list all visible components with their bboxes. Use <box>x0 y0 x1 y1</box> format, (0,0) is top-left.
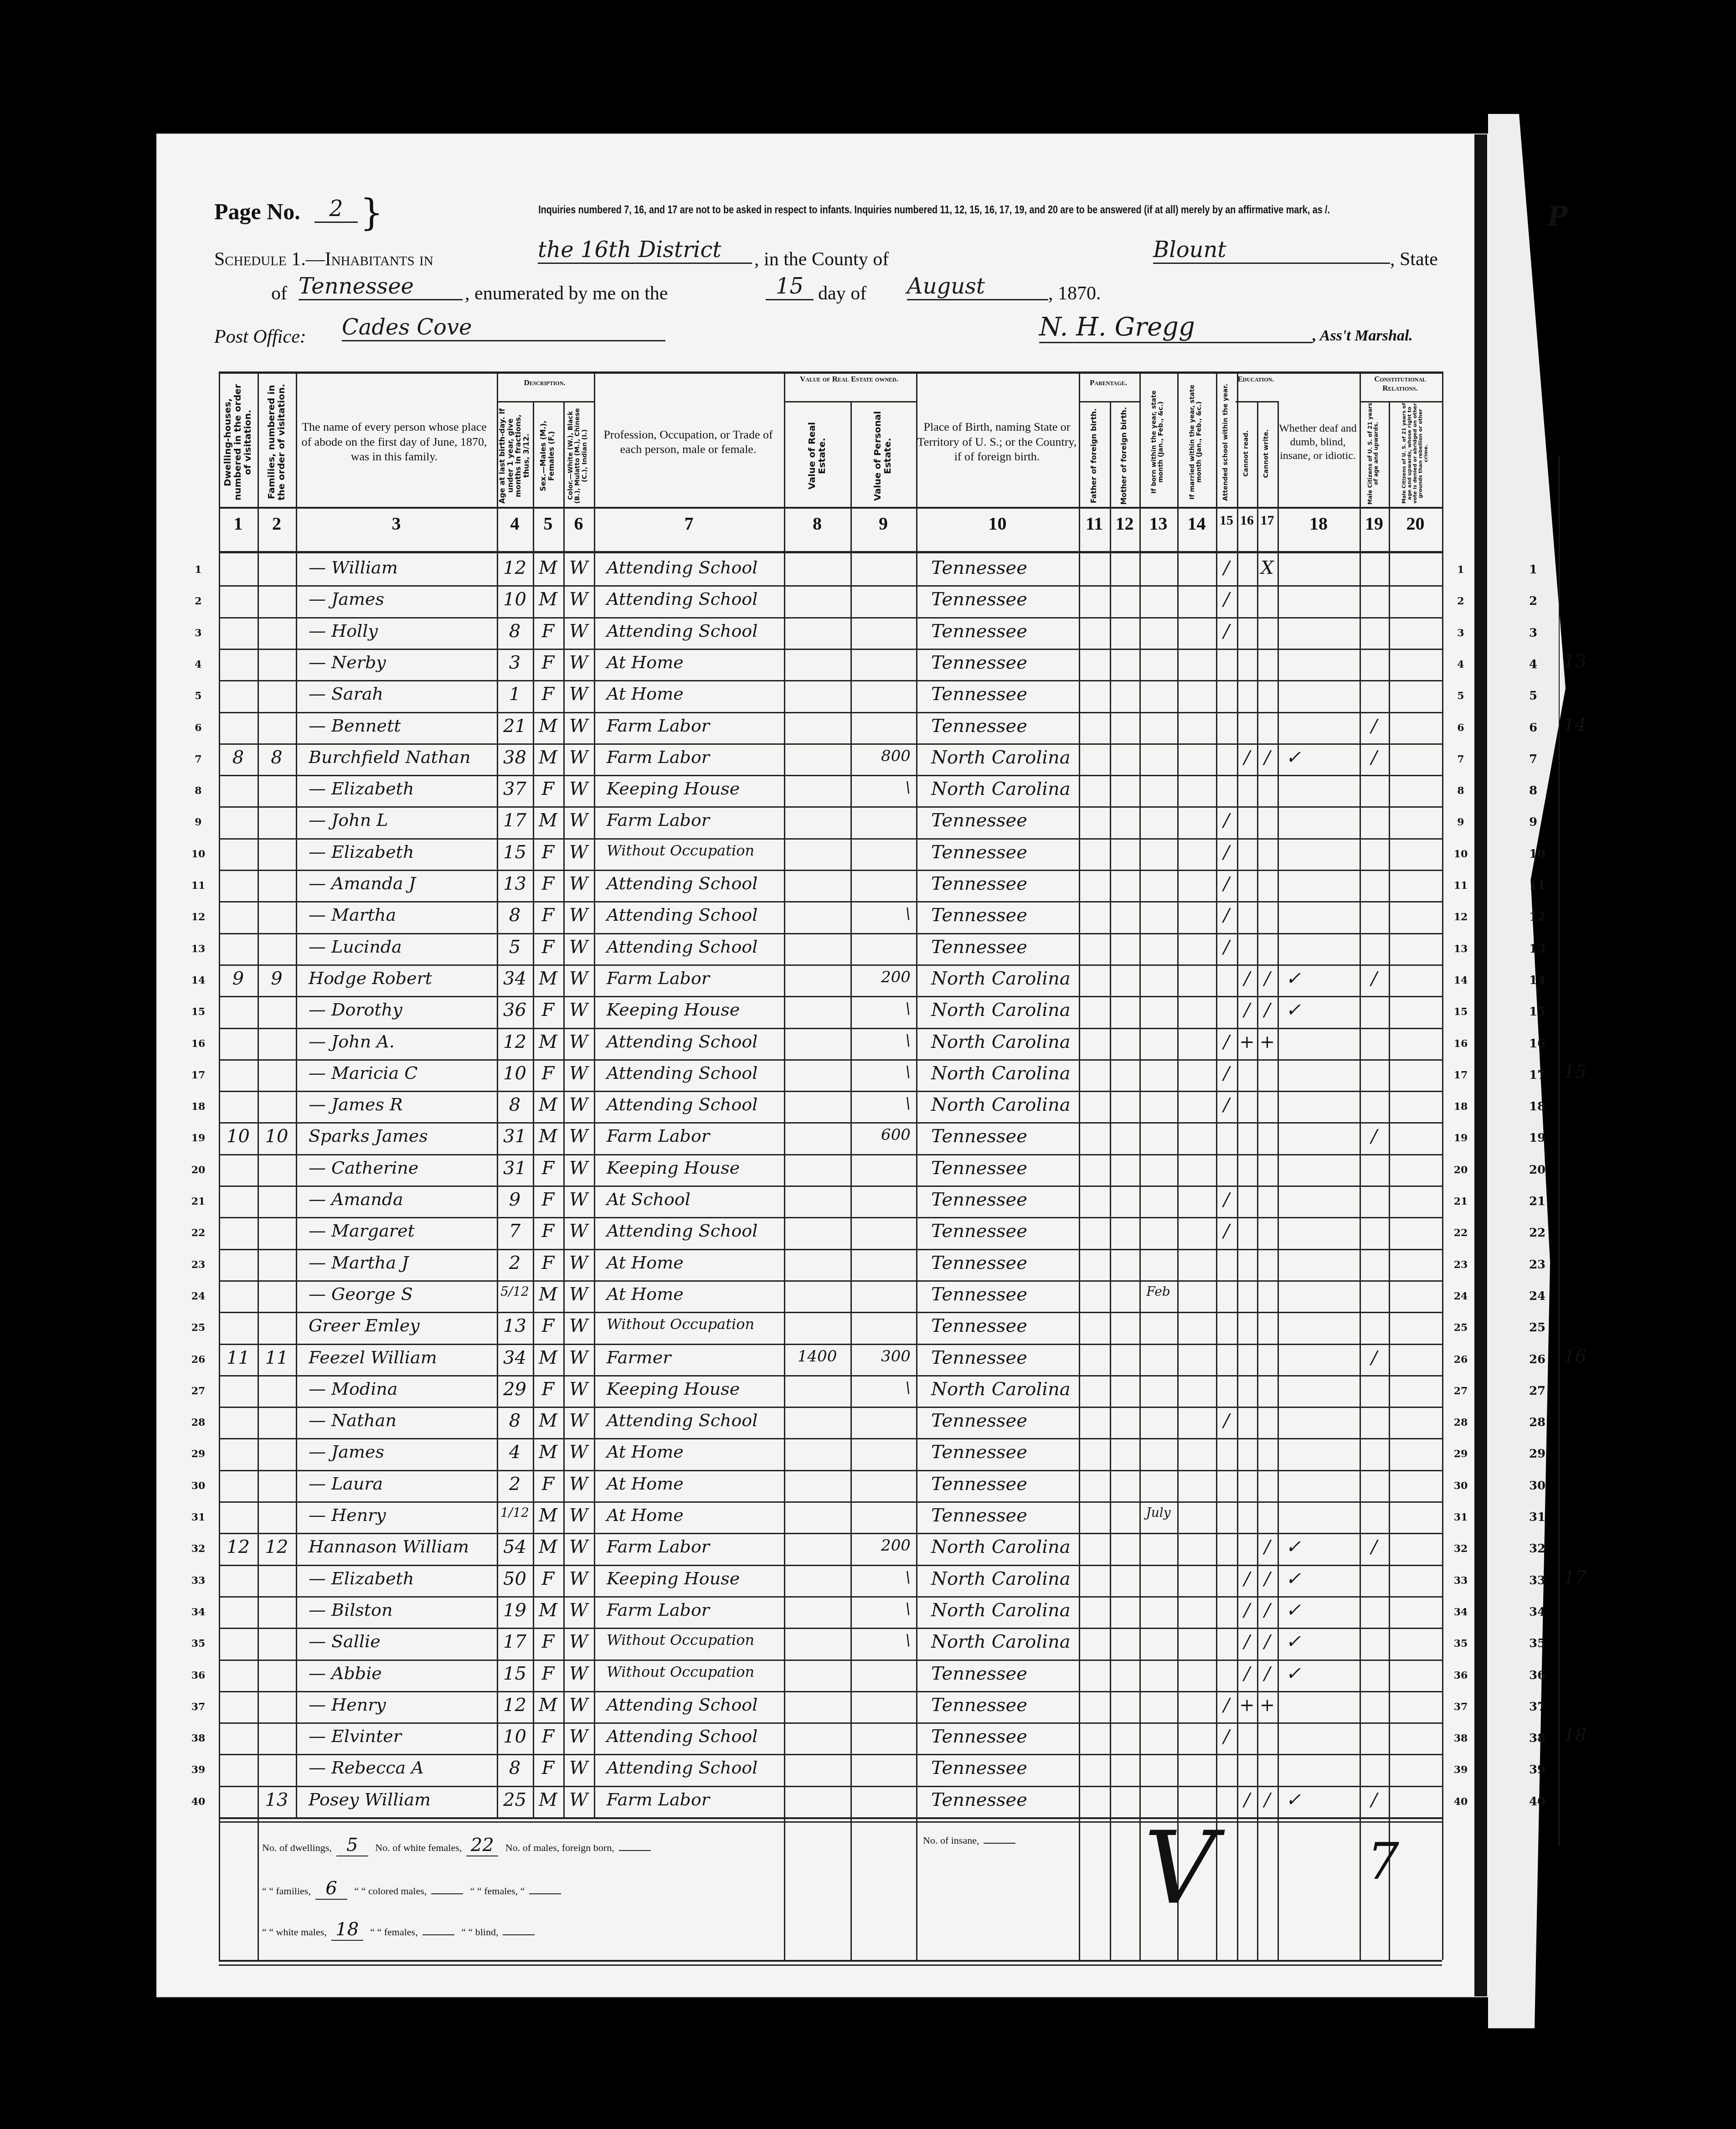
table-row: 11— William12MWAttending SchoolTennessee… <box>0 554 1736 585</box>
sex: F <box>533 905 563 926</box>
person-name: — Henry <box>300 1695 497 1715</box>
table-row: 99— John L17MWFarm LaborTennessee/ <box>0 806 1736 838</box>
col15-header: Attended school within the year. <box>1222 384 1229 501</box>
line-number-left: 36 <box>189 1670 207 1681</box>
occupation: Keeping House <box>598 1568 784 1588</box>
person-name: — James <box>300 589 497 609</box>
birthplace: Tennessee <box>923 1789 1079 1810</box>
birthplace: Tennessee <box>923 1505 1079 1526</box>
person-name: — Amanda <box>300 1189 497 1209</box>
occupation: Attending School <box>598 1695 784 1715</box>
cannot-write-mark: / <box>1257 1789 1278 1810</box>
age: 8 <box>497 1758 533 1778</box>
line-number-right: 11 <box>1452 880 1470 892</box>
occupation: At Home <box>598 652 784 672</box>
attended-school-mark: / <box>1216 842 1237 863</box>
age: 54 <box>497 1536 533 1557</box>
column18-mark: ✓ <box>1278 1568 1360 1589</box>
born-within-year-month: July <box>1139 1505 1177 1520</box>
summary-line-3: “ “ white males,18 “ “ females, “ “ blin… <box>262 1919 539 1941</box>
table-row: 33— Holly8FWAttending SchoolTennessee/ <box>0 617 1736 649</box>
age: 50 <box>497 1568 533 1589</box>
age: 8 <box>497 905 533 926</box>
age: 12 <box>497 1031 533 1052</box>
line-number-left: 33 <box>189 1575 207 1587</box>
dwelling-number: 8 <box>219 747 258 768</box>
column-number: 2 <box>258 513 296 534</box>
family-number: 11 <box>258 1347 296 1368</box>
line-number-left: 16 <box>189 1038 207 1050</box>
col20-header: Male Citizens of U. S. of 21 years of ag… <box>1401 401 1429 506</box>
line-number-left: 31 <box>189 1511 207 1523</box>
line-number-left: 23 <box>189 1259 207 1271</box>
table-row: 1717— Maricia C10FWAttending School\Nort… <box>0 1059 1736 1091</box>
white-males-label: “ “ white males, <box>262 1926 327 1938</box>
age: 8 <box>497 1410 533 1431</box>
birthplace: Tennessee <box>923 1221 1079 1242</box>
age: 2 <box>497 1253 533 1273</box>
summary-line-1: No. of dwellings,5 No. of white females,… <box>262 1835 655 1856</box>
group-rule <box>1079 401 1139 402</box>
person-name: Hannason William <box>300 1536 497 1557</box>
occupation: Farm Labor <box>598 716 784 736</box>
sex: M <box>533 747 563 768</box>
person-name: — Margaret <box>300 1221 497 1241</box>
sex: F <box>533 1379 563 1400</box>
birthplace: North Carolina <box>923 1000 1079 1021</box>
age: 7 <box>497 1221 533 1242</box>
occupation: Attending School <box>598 873 784 893</box>
line-number-right: 26 <box>1452 1354 1470 1366</box>
personal-estate-value: \ <box>850 905 916 923</box>
color: W <box>563 937 594 958</box>
sex: F <box>533 684 563 705</box>
dwellings-count: 5 <box>336 1835 368 1856</box>
color: W <box>563 1536 594 1557</box>
attended-school-mark: / <box>1216 621 1237 642</box>
sex: F <box>533 937 563 958</box>
person-name: — George S <box>300 1284 497 1304</box>
line-number-right: 23 <box>1452 1259 1470 1271</box>
group-rule <box>784 401 916 402</box>
person-name: Hodge Robert <box>300 968 497 988</box>
color: W <box>563 1410 594 1431</box>
line-number-right: 15 <box>1452 1006 1470 1018</box>
line-number-left: 26 <box>189 1354 207 1366</box>
white-males-count: 18 <box>331 1919 363 1941</box>
line-number-left: 22 <box>189 1227 207 1239</box>
group-rule <box>497 401 594 402</box>
colored-females-label: “ “ females, <box>370 1926 417 1938</box>
cannot-write-mark: X <box>1257 557 1278 578</box>
column-number: 14 <box>1177 513 1216 534</box>
sex: M <box>533 1031 563 1052</box>
dwellings-label: No. of dwellings, <box>262 1842 332 1853</box>
male-citizen-mark: / <box>1360 1347 1389 1368</box>
person-name: — Sarah <box>300 684 497 704</box>
attended-school-mark: / <box>1216 873 1237 894</box>
age: 5 <box>497 937 533 958</box>
schedule-label: Schedule 1.—Inhabitants in <box>214 249 433 270</box>
family-number: 13 <box>258 1789 296 1810</box>
table-row: 3333— Elizabeth50FWKeeping House\North C… <box>0 1565 1736 1596</box>
line-number-left: 17 <box>189 1069 207 1081</box>
occupation: Attending School <box>598 1410 784 1430</box>
person-name: — Bennett <box>300 716 497 736</box>
birthplace: Tennessee <box>923 1726 1079 1747</box>
column-number: 8 <box>784 513 850 534</box>
table-row: 66— Bennett21MWFarm LaborTennessee/ <box>0 712 1736 743</box>
occupation: Attending School <box>598 557 784 577</box>
sex: F <box>533 1221 563 1242</box>
white-females-count: 22 <box>466 1835 498 1856</box>
age: 2 <box>497 1474 533 1495</box>
table-row: 88— Elizabeth37FWKeeping House\North Car… <box>0 775 1736 806</box>
birthplace: Tennessee <box>923 1189 1079 1210</box>
table-row: 3434— Bilston19MWFarm Labor\North Caroli… <box>0 1596 1736 1628</box>
color: W <box>563 1284 594 1305</box>
col5-header: Sex.—Males (M.), Females (F.) <box>539 406 555 506</box>
column18-mark: ✓ <box>1278 1000 1360 1021</box>
cannot-read-mark: / <box>1237 1663 1257 1684</box>
line-number-right: 16 <box>1452 1038 1470 1050</box>
attended-school-mark: / <box>1216 1031 1237 1052</box>
line-number-right: 27 <box>1452 1385 1470 1397</box>
birthplace: Tennessee <box>923 1758 1079 1778</box>
color: W <box>563 1000 594 1021</box>
occupation: Keeping House <box>598 1158 784 1178</box>
state-label: , State <box>1390 248 1438 270</box>
color: W <box>563 842 594 863</box>
attended-school-mark: / <box>1216 1695 1237 1716</box>
occupation: At Home <box>598 1474 784 1494</box>
color: W <box>563 1505 594 1526</box>
summary-line-2: “ “ families,6 “ “ colored males, “ “ fe… <box>262 1878 566 1900</box>
color: W <box>563 716 594 737</box>
line-number-right: 18 <box>1452 1101 1470 1113</box>
line-number-left: 30 <box>189 1480 207 1492</box>
table-row: 1515— Dorothy36FWKeeping House\North Car… <box>0 996 1736 1027</box>
occupation: Farm Labor <box>598 968 784 988</box>
line-number-left: 1 <box>189 564 207 576</box>
birthplace: Tennessee <box>923 557 1079 578</box>
cannot-write-mark: / <box>1257 1568 1278 1589</box>
person-name: — Laura <box>300 1474 497 1494</box>
table-row: 1818— James R8MWAttending School\North C… <box>0 1091 1736 1122</box>
color: W <box>563 621 594 642</box>
column-number: 1 <box>219 513 258 534</box>
color: W <box>563 1063 594 1084</box>
sex: F <box>533 621 563 642</box>
sex: M <box>533 1789 563 1810</box>
line-number-right: 5 <box>1452 690 1470 702</box>
table-top-rule <box>219 371 1442 374</box>
table-row: 2323— Martha J2FWAt HomeTennessee <box>0 1249 1736 1280</box>
line-number-right: 1 <box>1452 564 1470 576</box>
col16-header: Cannot read. <box>1243 430 1250 477</box>
birthplace: North Carolina <box>923 1031 1079 1052</box>
column-number: 9 <box>850 513 916 534</box>
person-name: — Holly <box>300 621 497 641</box>
line-number-right: 19 <box>1452 1132 1470 1144</box>
occupation: Attending School <box>598 589 784 609</box>
families-label: “ “ families, <box>262 1885 311 1897</box>
attended-school-mark: / <box>1216 1221 1237 1242</box>
age: 15 <box>497 842 533 863</box>
sex: M <box>533 810 563 831</box>
line-number-right: 37 <box>1452 1701 1470 1713</box>
cannot-write-mark: + <box>1257 1031 1278 1052</box>
birthplace: Tennessee <box>923 589 1079 610</box>
table-bottom-rule <box>219 1817 1442 1819</box>
personal-estate-value: \ <box>850 1600 916 1618</box>
line-number-left: 13 <box>189 943 207 955</box>
color: W <box>563 1158 594 1179</box>
person-name: — Martha J <box>300 1253 497 1273</box>
birthplace: North Carolina <box>923 1600 1079 1621</box>
post-office-field: Cades Cove <box>342 314 665 341</box>
col12-header: Mother of foreign birth. <box>1120 407 1128 505</box>
person-name: — Bilston <box>300 1600 497 1620</box>
column-number: 11 <box>1079 513 1110 534</box>
year-label: , 1870. <box>1048 283 1101 304</box>
column18-mark: ✓ <box>1278 1663 1360 1684</box>
state-field: Tennessee <box>299 273 463 300</box>
line-number-left: 18 <box>189 1101 207 1113</box>
person-name: — Elvinter <box>300 1726 497 1746</box>
birthplace: Tennessee <box>923 1158 1079 1179</box>
line-number-left: 40 <box>189 1796 207 1808</box>
person-name: — Maricia C <box>300 1063 497 1083</box>
attended-school-mark: / <box>1216 1726 1237 1747</box>
birthplace: Tennessee <box>923 937 1079 958</box>
person-name: — John L <box>300 810 497 830</box>
col18-header: Whether deaf and dumb, blind, insane, or… <box>1278 378 1358 506</box>
color: W <box>563 1031 594 1052</box>
occupation: Farm Labor <box>598 747 784 767</box>
table-row: 2525Greer Emley13FWWithout OccupationTen… <box>0 1312 1736 1343</box>
real-estate-value: 1400 <box>784 1347 850 1366</box>
sex: F <box>533 873 563 894</box>
male-citizen-mark: / <box>1360 747 1389 768</box>
birthplace: Tennessee <box>923 1410 1079 1431</box>
birthplace: Tennessee <box>923 1126 1079 1147</box>
color: W <box>563 1789 594 1810</box>
attended-school-mark: / <box>1216 1094 1237 1115</box>
dwelling-number: 10 <box>219 1126 258 1147</box>
color: W <box>563 684 594 705</box>
male-citizen-mark: / <box>1360 1126 1389 1147</box>
color: W <box>563 1663 594 1684</box>
occupation: At Home <box>598 1505 784 1525</box>
table-row: 19191010Sparks James31MWFarm Labor600Ten… <box>0 1122 1736 1154</box>
birthplace: Tennessee <box>923 1253 1079 1273</box>
birthplace: Tennessee <box>923 1695 1079 1716</box>
occupation: Without Occupation <box>598 1315 784 1333</box>
line-number-left: 14 <box>189 974 207 986</box>
blind-label: “ “ blind, <box>461 1926 498 1938</box>
color: W <box>563 1379 594 1400</box>
personal-estate-value: 600 <box>850 1126 916 1144</box>
table-row: 2929— James4MWAt HomeTennessee <box>0 1438 1736 1469</box>
sex: M <box>533 557 563 578</box>
colored-males-label: “ “ colored males, <box>354 1885 427 1897</box>
occupation: Attending School <box>598 937 784 957</box>
column18-mark: ✓ <box>1278 1600 1360 1621</box>
color: W <box>563 1315 594 1336</box>
personal-estate-value: 300 <box>850 1347 916 1366</box>
attended-school-mark: / <box>1216 557 1237 578</box>
personal-estate-value: \ <box>850 1631 916 1650</box>
line-number-left: 29 <box>189 1448 207 1460</box>
occupation: Farm Labor <box>598 1600 784 1620</box>
birthplace: Tennessee <box>923 842 1079 863</box>
sex: M <box>533 1347 563 1368</box>
numbers-bottom-rule <box>219 551 1442 553</box>
occupation: Farmer <box>598 1347 784 1367</box>
group-constitutional: Constitutional Relations. <box>1358 375 1442 392</box>
color: W <box>563 778 594 799</box>
person-name: — Martha <box>300 905 497 925</box>
occupation: At Home <box>598 684 784 704</box>
sex: M <box>533 968 563 989</box>
age: 17 <box>497 1631 533 1652</box>
line-number-right: 10 <box>1452 848 1470 860</box>
age: 36 <box>497 1000 533 1021</box>
cannot-write-mark: / <box>1257 1600 1278 1621</box>
color: W <box>563 1474 594 1495</box>
table-row: 1313— Lucinda5FWAttending SchoolTennesse… <box>0 933 1736 964</box>
person-name: Burchfield Nathan <box>300 747 497 767</box>
occupation: Attending School <box>598 1031 784 1052</box>
males-foreign-label: No. of males, foreign born, <box>505 1842 614 1853</box>
person-name: — Lucinda <box>300 937 497 957</box>
table-row: 7788Burchfield Nathan38MWFarm Labor800No… <box>0 743 1736 775</box>
line-number-left: 32 <box>189 1543 207 1555</box>
birthplace: Tennessee <box>923 1284 1079 1305</box>
line-number-left: 8 <box>189 785 207 797</box>
column-number: 19 <box>1360 513 1389 534</box>
sex: F <box>533 1189 563 1210</box>
occupation: Attending School <box>598 1094 784 1114</box>
age: 9 <box>497 1189 533 1210</box>
col11-header: Father of foreign birth. <box>1090 408 1098 503</box>
birthplace: Tennessee <box>923 716 1079 737</box>
color: W <box>563 1695 594 1716</box>
table-row: 1111— Amanda J13FWAttending SchoolTennes… <box>0 870 1736 901</box>
column-number: 4 <box>497 513 533 534</box>
color: W <box>563 1347 594 1368</box>
color: W <box>563 1126 594 1147</box>
line-number-left: 25 <box>189 1322 207 1334</box>
male-citizen-mark: / <box>1360 1536 1389 1557</box>
occupation: Keeping House <box>598 1379 784 1399</box>
occupation: Attending School <box>598 621 784 641</box>
col10-header: Place of Birth, naming State or Territor… <box>916 378 1078 506</box>
group-education: Education. <box>1236 375 1276 384</box>
personal-estate-value: 200 <box>850 1536 916 1555</box>
personal-estate-value: \ <box>850 778 916 797</box>
age: 1/12 <box>497 1505 533 1520</box>
age: 12 <box>497 1695 533 1716</box>
cannot-read-mark: / <box>1237 968 1257 989</box>
line-number-right: 2 <box>1452 595 1470 607</box>
column-number: 18 <box>1278 513 1360 534</box>
male-citizen-mark: / <box>1360 1789 1389 1810</box>
table-row: 1616— John A.12MWAttending School\North … <box>0 1028 1736 1059</box>
col8-header: Value of Real Estate. <box>807 406 827 506</box>
color: W <box>563 1758 594 1778</box>
cannot-write-mark: / <box>1257 968 1278 989</box>
district-field: the 16th District <box>538 237 752 264</box>
age: 25 <box>497 1789 533 1810</box>
person-name: — Modina <box>300 1379 497 1399</box>
cannot-read-mark: / <box>1237 747 1257 768</box>
person-name: — Rebecca A <box>300 1758 497 1778</box>
birthplace: Tennessee <box>923 652 1079 673</box>
table-row: 3131— Henry1/12MWAt HomeTennesseeJuly <box>0 1501 1736 1533</box>
column-number: 5 <box>533 513 563 534</box>
line-number-right: 21 <box>1452 1196 1470 1207</box>
group-description: Description. <box>497 378 592 387</box>
header-bottom-rule <box>219 507 1442 509</box>
sex: M <box>533 1094 563 1115</box>
birthplace: North Carolina <box>923 1631 1079 1652</box>
age: 31 <box>497 1126 533 1147</box>
age: 4 <box>497 1442 533 1463</box>
occupation: Without Occupation <box>598 842 784 859</box>
line-number-left: 38 <box>189 1732 207 1744</box>
birthplace: North Carolina <box>923 747 1079 768</box>
birthplace: Tennessee <box>923 1315 1079 1336</box>
line-number-left: 3 <box>189 627 207 639</box>
personal-estate-value: 800 <box>850 747 916 765</box>
table-bottom-rule-2 <box>219 1821 1442 1823</box>
line-number-left: 35 <box>189 1638 207 1650</box>
occupation: At Home <box>598 1253 784 1273</box>
column-number: 3 <box>296 513 497 534</box>
column-number: 12 <box>1110 513 1139 534</box>
column18-mark: ✓ <box>1278 1789 1360 1810</box>
age: 13 <box>497 873 533 894</box>
group-value-estate: Value of Real Estate owned. <box>784 375 914 384</box>
color: W <box>563 968 594 989</box>
sex: M <box>533 1600 563 1621</box>
sex: F <box>533 1568 563 1589</box>
line-number-right: 14 <box>1452 974 1470 986</box>
attended-school-mark: / <box>1216 1063 1237 1084</box>
table-row: 26261111Feezel William34MWFarmer1400300T… <box>0 1344 1736 1375</box>
person-name: Greer Emley <box>300 1315 497 1335</box>
marshal-signature: N. H. Gregg <box>1039 312 1313 343</box>
birthplace: Tennessee <box>923 810 1079 831</box>
insane-summary: No. of insane, <box>923 1835 1020 1846</box>
birthplace: North Carolina <box>923 1536 1079 1557</box>
column-number: 16 <box>1237 513 1257 528</box>
county-field: Blount <box>1153 237 1390 264</box>
age: 12 <box>497 557 533 578</box>
sex: M <box>533 1284 563 1305</box>
birthplace: Tennessee <box>923 621 1079 642</box>
color: W <box>563 1631 594 1652</box>
table-row: 2121— Amanda9FWAt SchoolTennessee/ <box>0 1186 1736 1217</box>
column-number: 15 <box>1216 513 1237 528</box>
color: W <box>563 557 594 578</box>
females-foreign-label: “ “ females, “ <box>470 1885 525 1897</box>
line-number-left: 10 <box>189 848 207 860</box>
line-number-left: 9 <box>189 816 207 828</box>
occupation: Farm Labor <box>598 1789 784 1809</box>
